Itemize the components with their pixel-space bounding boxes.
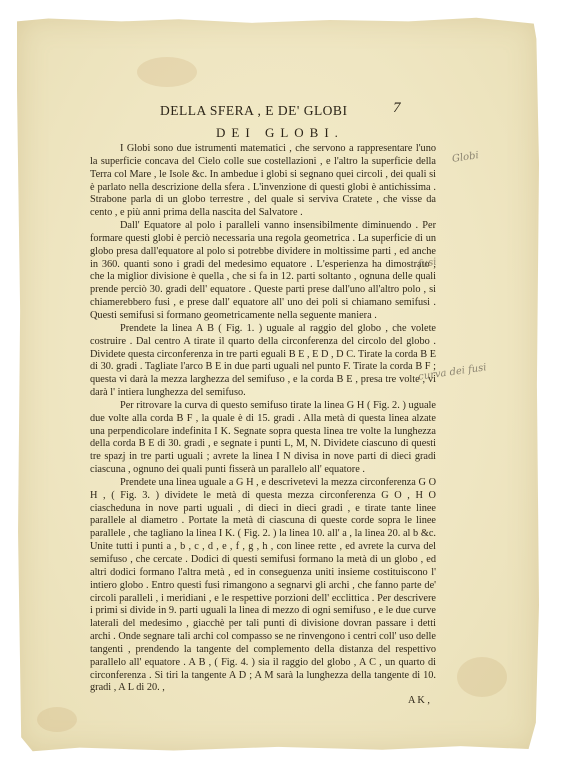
page-number: 7 — [393, 100, 401, 117]
section-title: DEI GLOBI. — [175, 125, 385, 141]
paragraph: I Globi sono due istrumenti matematici ,… — [90, 143, 436, 220]
paragraph: Per ritrovare la curva di questo semifus… — [90, 400, 436, 477]
paragraph: Prendete la linea A B ( Fig. 1. ) uguale… — [90, 323, 436, 400]
catchword: A K , — [90, 695, 436, 708]
paragraph: Dall' Equatore al polo i paralleli vanno… — [90, 220, 436, 323]
paper-stain — [137, 57, 197, 87]
body-text: I Globi sono due istrumenti matematici ,… — [90, 143, 436, 708]
running-head: DELLA SFERA , E DE' GLOBI — [160, 103, 430, 119]
paragraph: Prendete una linea uguale a G H , e desc… — [90, 477, 436, 695]
paper-stain — [37, 707, 77, 732]
paper-stain — [457, 657, 507, 697]
